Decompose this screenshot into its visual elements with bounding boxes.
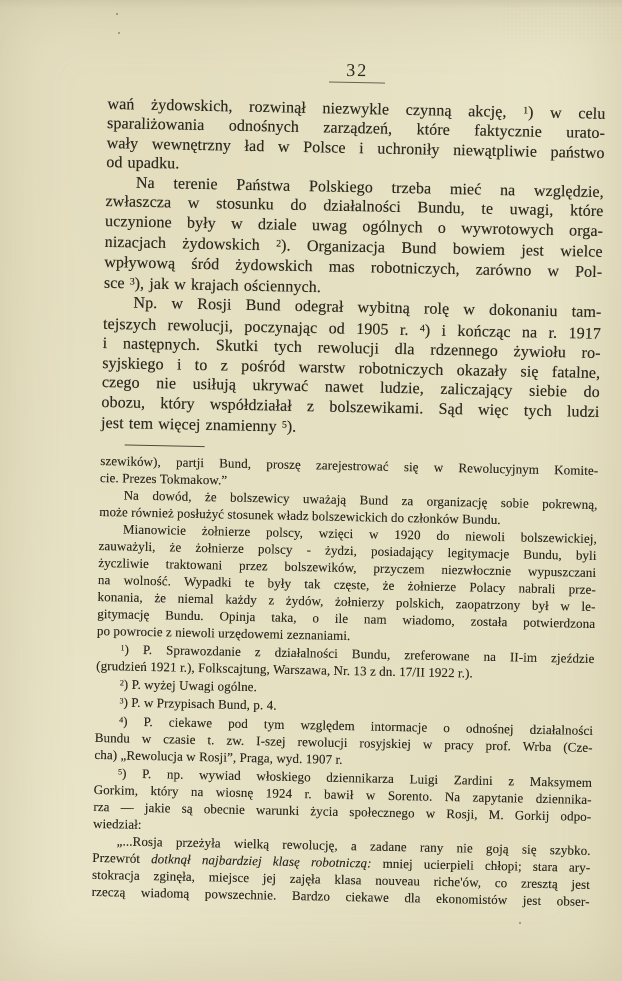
page-content: 32 wań żydowskich, rozwinął niezwykle cz… [92, 55, 607, 909]
text-run: od upadku. [106, 154, 179, 172]
page-background: 32 wań żydowskich, rozwinął niezwykle cz… [0, 0, 622, 981]
text-run: nizacjach żydowskich [105, 234, 277, 254]
text-run: ) i kończąc na r. 1917 [425, 322, 601, 343]
paragraph: Na terenie Państwa Polskiego trzeba mieć… [104, 173, 604, 304]
main-text: wań żydowskich, rozwinął niezwykle czynn… [101, 93, 606, 443]
text-run: ) P. wyżej Uwagi ogólne. [124, 677, 257, 695]
text-run: ), jak w krajach ościennych. [135, 275, 322, 296]
paragraph: wań żydowskich, rozwinął niezwykle czynn… [106, 93, 606, 183]
page-number: 32 [329, 60, 385, 84]
footnotes: szewików), partji Bund, proszę zarejestr… [92, 452, 599, 909]
paper-speck [519, 922, 521, 924]
text-run: ). [287, 419, 297, 436]
text-run: jest tem więcej znamienny [101, 415, 282, 436]
paragraph: 4) P. ciekawe pod tym względem intormacj… [94, 710, 593, 772]
page-number-wrap: 32 [329, 60, 385, 84]
scanned-book-page: { "page": { "number": "32", "paper_color… [0, 0, 622, 981]
text-run: cie. Prezes Tokmakow.” [100, 470, 228, 488]
paragraph: Np. w Rosji Bund odegrał wybitną rolę w … [101, 293, 602, 443]
text-run: Przewrót [92, 850, 151, 866]
text-run: wiedział: [93, 816, 142, 832]
paper-speck [118, 32, 120, 34]
paper-speck [116, 13, 118, 15]
footnote-separator [125, 445, 205, 448]
text-run: ) w celu [528, 104, 606, 123]
paragraph: „...Rosja przeżyła wielką rewolucję, a z… [92, 832, 591, 910]
paragraph: 5) P. np. wywiad włoskiego dziennikarza … [93, 763, 592, 842]
text-run: ) P. w Przypisach Bund, p. 4. [123, 695, 276, 713]
paragraph: Mianowicie żołnierze polscy, wzięci w 19… [97, 520, 597, 649]
text-run: sce [104, 275, 130, 293]
scan-texture [502, 0, 622, 42]
